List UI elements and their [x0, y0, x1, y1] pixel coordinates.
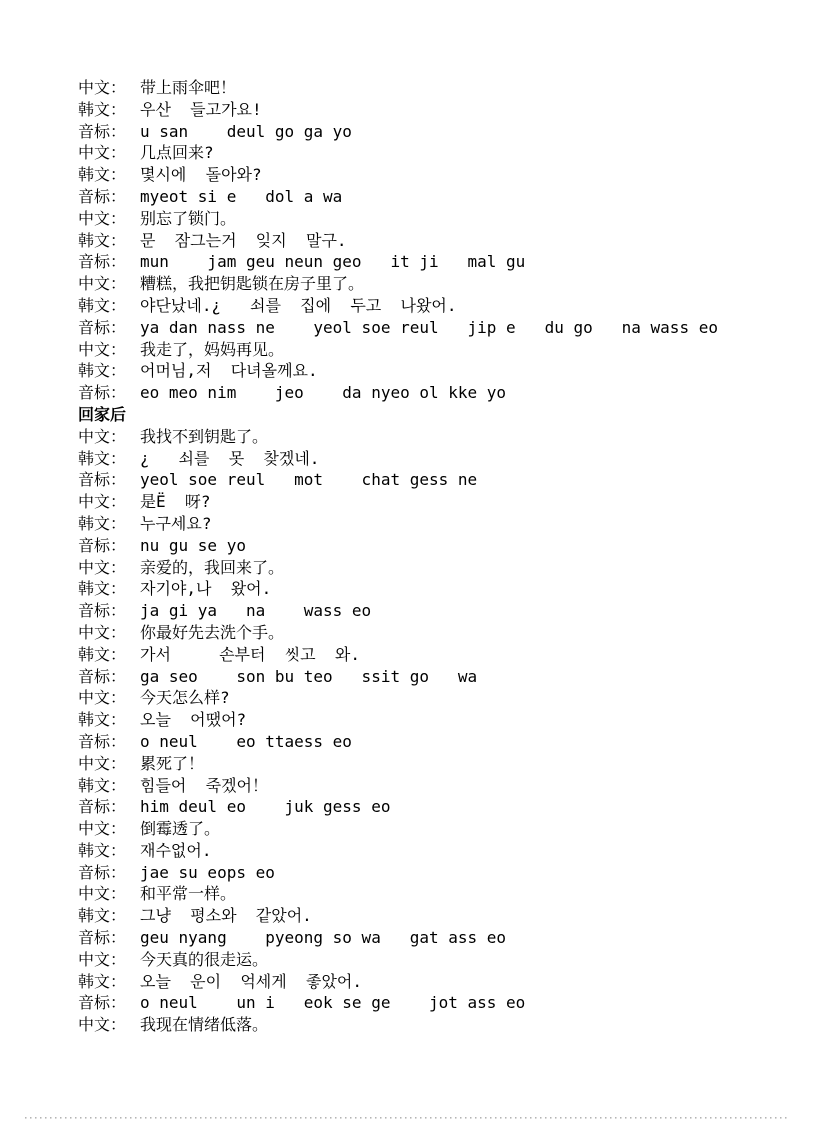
line-label-korean: 韩文： [78, 578, 140, 600]
line-label-chinese: 中文： [78, 426, 140, 448]
line-label-chinese: 中文： [78, 1014, 140, 1036]
line-text-phonetic: mun jam geu neun geo it ji mal gu [140, 251, 525, 273]
phrase-line-phonetic: 音标：mun jam geu neun geo it ji mal gu [78, 251, 800, 273]
phrase-line-korean: 韩文：재수없어. [78, 840, 800, 862]
line-label-chinese: 中文： [78, 142, 140, 164]
line-label-chinese: 中文： [78, 818, 140, 840]
phrase-line-phonetic: 音标：jae su eops eo [78, 862, 800, 884]
line-label-phonetic: 音标： [78, 862, 140, 884]
line-text-phonetic: nu gu se yo [140, 535, 246, 557]
phrase-line-korean: 韩文：몇시에 돌아와? [78, 164, 800, 186]
phrase-line-phonetic: 音标：him deul eo juk gess eo [78, 796, 800, 818]
line-label-chinese: 中文： [78, 77, 140, 99]
phrase-line-phonetic: 音标：eo meo nim jeo da nyeo ol kke yo [78, 382, 800, 404]
line-label-phonetic: 音标： [78, 251, 140, 273]
line-text-phonetic: ya dan nass ne yeol soe reul jip e du go… [140, 317, 718, 339]
phrase-line-chinese: 中文：是Ë 呀? [78, 491, 800, 513]
line-text-chinese: 亲爱的，我回来了。 [140, 557, 284, 579]
line-label-chinese: 中文： [78, 339, 140, 361]
line-text-chinese: 糟糕，我把钥匙锁在房子里了。 [140, 273, 364, 295]
line-text-phonetic: geu nyang pyeong so wa gat ass eo [140, 927, 506, 949]
phrase-line-korean: 韩文：우산 들고가요! [78, 99, 800, 121]
line-label-korean: 韩文： [78, 513, 140, 535]
line-label-phonetic: 音标： [78, 121, 140, 143]
line-label-phonetic: 音标： [78, 186, 140, 208]
phrase-line-korean: 韩文：야단났네.¿ 쇠를 집에 두고 나왔어. [78, 295, 800, 317]
document-page: 中文：带上雨伞吧！韩文：우산 들고가요!音标：u san deul go ga … [0, 0, 816, 1123]
line-label-chinese: 中文： [78, 208, 140, 230]
line-label-korean: 韩文： [78, 360, 140, 382]
line-label-chinese: 中文： [78, 753, 140, 775]
line-text-korean: 오늘 운이 억세게 좋았어. [140, 971, 362, 993]
line-text-korean: 재수없어. [140, 840, 211, 862]
line-text-phonetic: him deul eo juk gess eo [140, 796, 390, 818]
line-label-chinese: 中文： [78, 557, 140, 579]
line-text-chinese: 几点回来? [140, 142, 214, 164]
section-heading: 回家后 [78, 404, 800, 426]
line-label-chinese: 中文： [78, 687, 140, 709]
phrase-line-korean: 韩文：어머님,저 다녀올께요. [78, 360, 800, 382]
line-text-phonetic: ga seo son bu teo ssit go wa [140, 666, 477, 688]
line-label-korean: 韩文： [78, 905, 140, 927]
line-text-chinese: 别忘了锁门。 [140, 208, 236, 230]
line-text-phonetic: o neul un i eok se ge jot ass eo [140, 992, 525, 1014]
line-label-korean: 韩文： [78, 164, 140, 186]
phrase-line-phonetic: 音标：o neul un i eok se ge jot ass eo [78, 992, 800, 1014]
line-text-phonetic: myeot si e dol a wa [140, 186, 342, 208]
line-text-chinese: 今天怎么样? [140, 687, 230, 709]
phrase-line-chinese: 中文：亲爱的，我回来了。 [78, 557, 800, 579]
line-text-korean: 힘들어 죽겠어！ [140, 775, 268, 797]
phrase-line-chinese: 中文：带上雨伞吧！ [78, 77, 800, 99]
line-label-phonetic: 音标： [78, 535, 140, 557]
line-label-chinese: 中文： [78, 883, 140, 905]
line-label-phonetic: 音标： [78, 600, 140, 622]
phrase-line-chinese: 中文：你最好先去洗个手。 [78, 622, 800, 644]
line-label-phonetic: 音标： [78, 796, 140, 818]
line-text-korean: 그냥 평소와 같았어. [140, 905, 312, 927]
line-label-chinese: 中文： [78, 273, 140, 295]
line-text-korean: 문 잠그는거 잊지 말구. [140, 230, 347, 252]
line-label-korean: 韩文： [78, 775, 140, 797]
line-text-phonetic: u san deul go ga yo [140, 121, 352, 143]
line-label-korean: 韩文： [78, 644, 140, 666]
line-label-phonetic: 音标： [78, 469, 140, 491]
line-label-korean: 韩文： [78, 230, 140, 252]
section-heading-text: 回家后 [78, 404, 126, 426]
line-text-korean: 야단났네.¿ 쇠를 집에 두고 나왔어. [140, 295, 457, 317]
phrase-line-korean: 韩文：자기야,나 왔어. [78, 578, 800, 600]
phrase-line-phonetic: 音标：yeol soe reul mot chat gess ne [78, 469, 800, 491]
line-label-korean: 韩文： [78, 295, 140, 317]
phrase-line-phonetic: 音标：myeot si e dol a wa [78, 186, 800, 208]
line-text-phonetic: eo meo nim jeo da nyeo ol kke yo [140, 382, 506, 404]
line-text-korean: 자기야,나 왔어. [140, 578, 271, 600]
line-label-phonetic: 音标： [78, 731, 140, 753]
phrase-line-phonetic: 音标：nu gu se yo [78, 535, 800, 557]
phrase-line-phonetic: 音标：ga seo son bu teo ssit go wa [78, 666, 800, 688]
line-text-chinese: 倒霉透了。 [140, 818, 220, 840]
phrase-line-chinese: 中文：我现在情绪低落。 [78, 1014, 800, 1036]
line-label-phonetic: 音标： [78, 927, 140, 949]
line-text-phonetic: ja gi ya na wass eo [140, 600, 371, 622]
phrasebook-text-block: 中文：带上雨伞吧！韩文：우산 들고가요!音标：u san deul go ga … [78, 77, 800, 1036]
line-text-chinese: 你最好先去洗个手。 [140, 622, 284, 644]
line-text-phonetic: yeol soe reul mot chat gess ne [140, 469, 477, 491]
line-label-korean: 韩文： [78, 971, 140, 993]
line-label-chinese: 中文： [78, 949, 140, 971]
line-text-chinese: 累死了！ [140, 753, 204, 775]
line-text-chinese: 带上雨伞吧！ [140, 77, 236, 99]
phrase-line-korean: 韩文：힘들어 죽겠어！ [78, 775, 800, 797]
phrase-line-phonetic: 音标：geu nyang pyeong so wa gat ass eo [78, 927, 800, 949]
phrase-line-chinese: 中文：我走了，妈妈再见。 [78, 339, 800, 361]
line-text-korean: 오늘 어땠어? [140, 709, 246, 731]
phrase-line-korean: 韩文：그냥 평소와 같았어. [78, 905, 800, 927]
phrase-line-korean: 韩文：누구세요? [78, 513, 800, 535]
line-text-korean: 누구세요? [140, 513, 211, 535]
line-label-chinese: 中文： [78, 622, 140, 644]
phrase-line-chinese: 中文：糟糕，我把钥匙锁在房子里了。 [78, 273, 800, 295]
phrase-line-chinese: 中文：别忘了锁门。 [78, 208, 800, 230]
phrase-line-korean: 韩文：오늘 운이 억세게 좋았어. [78, 971, 800, 993]
line-label-korean: 韩文： [78, 448, 140, 470]
line-label-phonetic: 音标： [78, 317, 140, 339]
line-label-phonetic: 音标： [78, 992, 140, 1014]
phrase-line-chinese: 中文：累死了！ [78, 753, 800, 775]
line-label-phonetic: 音标： [78, 382, 140, 404]
line-label-chinese: 中文： [78, 491, 140, 513]
line-label-korean: 韩文： [78, 840, 140, 862]
line-text-chinese: 今天真的很走运。 [140, 949, 268, 971]
line-label-korean: 韩文： [78, 709, 140, 731]
page-break-dotted-line [25, 1117, 790, 1119]
line-text-korean: 몇시에 돌아와? [140, 164, 262, 186]
phrase-line-phonetic: 音标：o neul eo ttaess eo [78, 731, 800, 753]
phrase-line-chinese: 中文：和平常一样。 [78, 883, 800, 905]
line-label-korean: 韩文： [78, 99, 140, 121]
phrase-line-korean: 韩文：오늘 어땠어? [78, 709, 800, 731]
phrase-line-chinese: 中文：倒霉透了。 [78, 818, 800, 840]
phrase-line-korean: 韩文：¿ 쇠를 못 찾겠네. [78, 448, 800, 470]
phrase-line-chinese: 中文：今天真的很走运。 [78, 949, 800, 971]
line-label-phonetic: 音标： [78, 666, 140, 688]
line-text-korean: ¿ 쇠를 못 찾겠네. [140, 448, 319, 470]
phrase-line-korean: 韩文：문 잠그는거 잊지 말구. [78, 230, 800, 252]
line-text-chinese: 是Ë 呀? [140, 491, 211, 513]
phrase-line-chinese: 中文：几点回来? [78, 142, 800, 164]
line-text-chinese: 我现在情绪低落。 [140, 1014, 268, 1036]
line-text-korean: 우산 들고가요! [140, 99, 262, 121]
phrase-line-phonetic: 音标：ja gi ya na wass eo [78, 600, 800, 622]
phrase-line-chinese: 中文：今天怎么样? [78, 687, 800, 709]
phrase-line-phonetic: 音标：ya dan nass ne yeol soe reul jip e du… [78, 317, 800, 339]
line-text-chinese: 我走了，妈妈再见。 [140, 339, 284, 361]
line-text-phonetic: o neul eo ttaess eo [140, 731, 352, 753]
line-text-korean: 가서 손부터 씻고 와. [140, 644, 360, 666]
line-text-chinese: 我找不到钥匙了。 [140, 426, 268, 448]
phrase-line-chinese: 中文：我找不到钥匙了。 [78, 426, 800, 448]
phrase-line-phonetic: 音标：u san deul go ga yo [78, 121, 800, 143]
line-text-chinese: 和平常一样。 [140, 883, 236, 905]
line-text-phonetic: jae su eops eo [140, 862, 275, 884]
line-text-korean: 어머님,저 다녀올께요. [140, 360, 318, 382]
phrase-line-korean: 韩文：가서 손부터 씻고 와. [78, 644, 800, 666]
